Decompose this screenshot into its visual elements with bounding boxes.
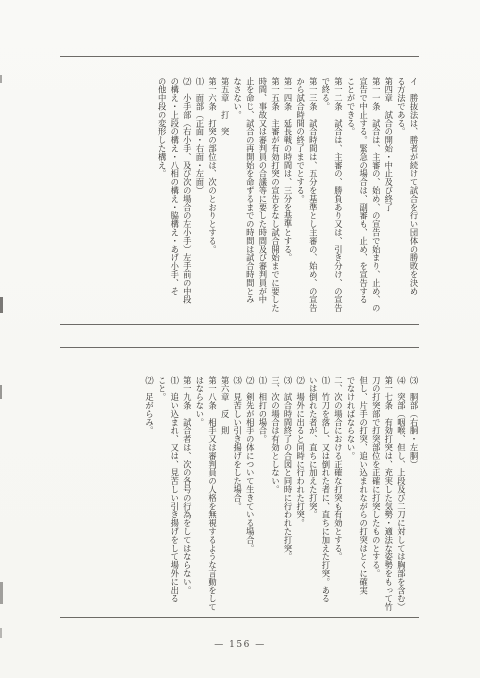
text-column-item: ⑶ 試合時間終了の合図と同時に行われた打突。 [281, 376, 294, 616]
text-column-item: ⑴ 相打の場合。 [256, 376, 269, 616]
text-column-item: ⑵ 足がらみ。 [143, 376, 156, 616]
text-column-cont: 宣告で中止する。緊急の場合は、副審も、止め、を宣告する [357, 77, 370, 323]
text-column-chapter: 第六章 反 則 [219, 376, 232, 616]
scan-artifact [0, 582, 3, 604]
text-column-item: ⑴ 面部（正面・右面・左面） [193, 77, 206, 323]
text-column-item: ⑵ 小手部（右小手、及び次の場合の左小手）左手前の中段 [181, 77, 194, 323]
scan-artifact [0, 628, 2, 638]
text-column-article: 第一三条 試合時間は、五分を基準とし主審の、始め、の宣告 [307, 77, 320, 323]
text-column-proviso: 但し、片手の打突、追い込まれながらの打突はとくに確実 [357, 376, 370, 616]
text-column-sub: イ 勝抜法は、勝者が続けて試合を行い団体の勝敗を決め [407, 77, 420, 323]
text-column-subcont: る方法である。 [395, 77, 408, 323]
scanned-page: イ 勝抜法は、勝者が続けて試合を行い団体の勝敗を決める方法である。第四章 試合の… [0, 0, 480, 678]
text-column-clause: 二、次の場合における正確な打突も有効とする。 [332, 376, 345, 616]
text-column-cont: から試合時間の終了までとする。 [294, 77, 307, 323]
text-column-cont: 刀の打突部で打突部位を正確に打突したものとする。 [370, 376, 383, 616]
text-column-article: 第一八条 相手又は審判員の人格を無視するような言動をして [206, 376, 219, 616]
text-column-itemcont: の構え・上段の構え・八相の構え・脇構え・あげ小手、そ [168, 77, 181, 323]
text-column-article: 第一九条 試合者は、次の各号の行為をしてはならない。 [181, 376, 194, 616]
text-column-item: ⑴ 竹刀を落し、又は倒れた者に、直ちに加えた打突。ある [319, 376, 332, 616]
frame-rule-bottom [60, 617, 419, 618]
scan-artifact [0, 385, 2, 399]
text-column-cont: なさない。 [231, 77, 244, 323]
text-column-article: 第一六条 打突の部位は、次のとおりとする。 [206, 77, 219, 323]
text-column-itemcont: こと。 [156, 376, 169, 616]
frame-rule-middle-lower [60, 347, 419, 348]
bottom-text-block: ⑶ 胴部（右胴・左胴）⑷ 突部（咽喉、但し、上段及び二刀に対しては胸部を含む）第… [143, 376, 420, 616]
page-number: — 156 — [0, 640, 480, 650]
text-column-article: 第一七条 有効打突は、充実した気勢・適法な姿勢をもって竹 [382, 376, 395, 616]
frame-rule-middle-upper [60, 324, 419, 325]
text-column-item: ⑵ 場外に出ると同時に行われた打突。 [294, 376, 307, 616]
text-column-article: 第一五条 主審が有効打突の宣告をなし試合開始までに要した [269, 77, 282, 323]
text-column-item: ⑶ 見苦しい引き揚げをした場合。 [231, 376, 244, 616]
text-column-chapter: 第五章 打 突 [219, 77, 232, 323]
text-column-cont: はならない。 [193, 376, 206, 616]
text-column-article: 第一二条 試合は、主審の、勝負あり又は、引き分け、の宣告 [332, 77, 345, 323]
frame-rule-top [60, 56, 419, 57]
text-column-itemcont: の他中段の変形した構え。 [156, 77, 169, 323]
text-column-cont: 時間、事故又は審判員の合議等に要した時間及び審判員が中 [256, 77, 269, 323]
scan-artifact [0, 75, 2, 83]
text-column-cont: で終る。 [319, 77, 332, 323]
text-column-chapter: 第四章 試合の開始・中止及び終了 [382, 77, 395, 323]
text-column-itemcont: いは倒れた者が、直ちに加えた打突。 [307, 376, 320, 616]
text-column-item: ⑴ 追い込まれ、又は、見苦しい引き揚げをして場外に出る [168, 376, 181, 616]
scan-artifact [0, 297, 3, 313]
text-column-clause: 三、次の場合は有効としない。 [269, 376, 282, 616]
text-column-item: ⑷ 突部（咽喉、但し、上段及び二刀に対しては胸部を含む） [395, 376, 408, 616]
text-column-item: ⑵ 剣先が相手の体について生きている場合。 [244, 376, 257, 616]
text-column-article: 第一四条 延長戦の時間は、三分を基準とする。 [281, 77, 294, 323]
text-column-item: ⑶ 胴部（右胴・左胴） [407, 376, 420, 616]
top-text-block: イ 勝抜法は、勝者が続けて試合を行い団体の勝敗を決める方法である。第四章 試合の… [156, 77, 420, 323]
text-column-cont: ことができる。 [344, 77, 357, 323]
text-column-article: 第一一条 試合は、主審の、始め、の宣告で始まり、止め、の [370, 77, 383, 323]
text-column-cont: 止を命じ、試合の再開始を命ずるまでの時間は試合時間とみ [244, 77, 257, 323]
text-column-cont: でなければならない。 [344, 376, 357, 616]
